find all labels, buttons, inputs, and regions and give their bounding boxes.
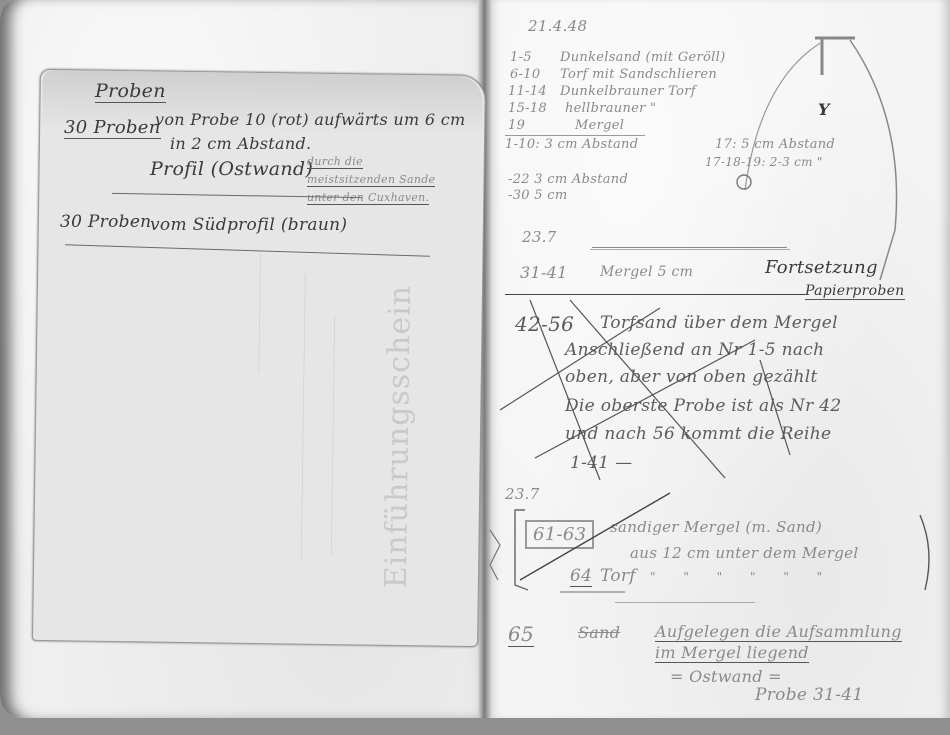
side-note-2: Papierproben bbox=[805, 283, 905, 300]
sample-range: 15-18 bbox=[508, 101, 547, 116]
entry-65-range: 65 bbox=[508, 622, 534, 647]
entry-31-41-desc: Mergel 5 cm bbox=[600, 264, 693, 280]
sample-desc: Dunkelbrauner Torf bbox=[560, 84, 696, 99]
sample-desc: Dunkelsand (mit Geröll) bbox=[560, 50, 725, 65]
date-top: 21.4.48 bbox=[528, 17, 587, 35]
sketch-label: Y bbox=[818, 100, 830, 119]
sample-desc: hellbrauner " bbox=[565, 101, 656, 116]
date-second: 23.7 bbox=[522, 228, 557, 246]
slip-entry-3-count: 30 Proben bbox=[60, 212, 151, 232]
crossed-block-line: Die oberste Probe ist als Nr 42 bbox=[565, 396, 841, 416]
slip-marginal-note-2: meistsitzenden Sande bbox=[307, 173, 435, 187]
side-note-1: Fortsetzung bbox=[765, 257, 878, 278]
spacing-note: 1-10: 3 cm Abstand bbox=[505, 137, 638, 152]
sample-range: 11-14 bbox=[508, 84, 547, 99]
entry-65-ref: Probe 31-41 bbox=[755, 685, 863, 705]
printed-form-line: —————————————————————— bbox=[324, 314, 340, 556]
spacing-note: -22 3 cm Abstand bbox=[508, 172, 628, 187]
crossed-block-line: und nach 56 kommt die Reihe bbox=[565, 424, 831, 444]
slip-heading: Proben bbox=[95, 80, 166, 103]
spacing-note: -30 5 cm bbox=[508, 188, 567, 203]
sample-range: 19 bbox=[508, 118, 525, 133]
entry-61-63-range: 61-63 bbox=[525, 520, 594, 549]
section-divider bbox=[505, 294, 805, 295]
printed-form-line: —————————————————————————— bbox=[294, 274, 311, 560]
entry-65-equals: = Ostwand = bbox=[670, 667, 782, 686]
entry-65-line: Aufgelegen die Aufsammlung bbox=[655, 622, 902, 642]
list-divider bbox=[505, 135, 645, 136]
slip-entry-3-text: vom Südprofil (braun) bbox=[150, 215, 347, 235]
crossed-block-line: oben, aber von oben gezählt bbox=[565, 367, 818, 387]
sample-range: 1-5 bbox=[510, 50, 532, 65]
entry-65-line: im Mergel liegend bbox=[655, 643, 809, 663]
sample-desc: Mergel bbox=[575, 118, 624, 133]
spacing-note: 17: 5 cm Abstand bbox=[715, 137, 835, 152]
inserted-paper-slip: Einführungsschein ——————————————————————… bbox=[32, 69, 486, 647]
sample-range: 6-10 bbox=[510, 67, 540, 82]
section-divider bbox=[590, 249, 790, 250]
open-notebook: Einführungsschein ——————————————————————… bbox=[0, 0, 950, 718]
entry-64-ditto: " " " " " " bbox=[650, 570, 834, 584]
printed-form-line: ——————————— bbox=[252, 253, 267, 374]
slip-entry-1-count: 30 Proben bbox=[64, 117, 161, 139]
section-divider bbox=[615, 602, 755, 603]
spacing-note: 17-18-19: 2-3 cm " bbox=[705, 155, 823, 169]
crossed-block-line: Anschließend an Nr 1-5 nach bbox=[565, 340, 824, 360]
date-third: 23.7 bbox=[505, 485, 540, 503]
slip-marginal-note-3: unter den Cuxhaven. bbox=[307, 191, 429, 205]
entry-65-struck-word: Sand bbox=[578, 623, 620, 642]
slip-entry-1-text: von Probe 10 (rot) aufwärts um 6 cm bbox=[155, 110, 465, 129]
entry-61-63-desc: sandiger Mergel (m. Sand) bbox=[610, 518, 822, 536]
section-divider bbox=[592, 247, 787, 248]
entry-64-range: 64 bbox=[570, 566, 592, 587]
entry-64-desc: Torf bbox=[600, 566, 636, 586]
slip-marginal-note-1: durch die bbox=[307, 155, 363, 169]
entry-61-63-continuation: aus 12 cm unter dem Mergel bbox=[630, 544, 858, 562]
slip-profile-label: Profil (Ostwand) bbox=[150, 158, 313, 180]
sample-desc: Torf mit Sandschlieren bbox=[560, 67, 717, 82]
crossed-block-line: 1-41 — bbox=[570, 453, 632, 473]
entry-31-41-range: 31-41 bbox=[520, 263, 568, 282]
crossed-block-line: Torfsand über dem Mergel bbox=[600, 313, 838, 333]
printed-form-title: Einführungsschein bbox=[379, 285, 418, 589]
slip-entry-1-continuation: in 2 cm Abstand. bbox=[170, 134, 311, 153]
crossed-block-range: 42-56 bbox=[515, 312, 574, 336]
